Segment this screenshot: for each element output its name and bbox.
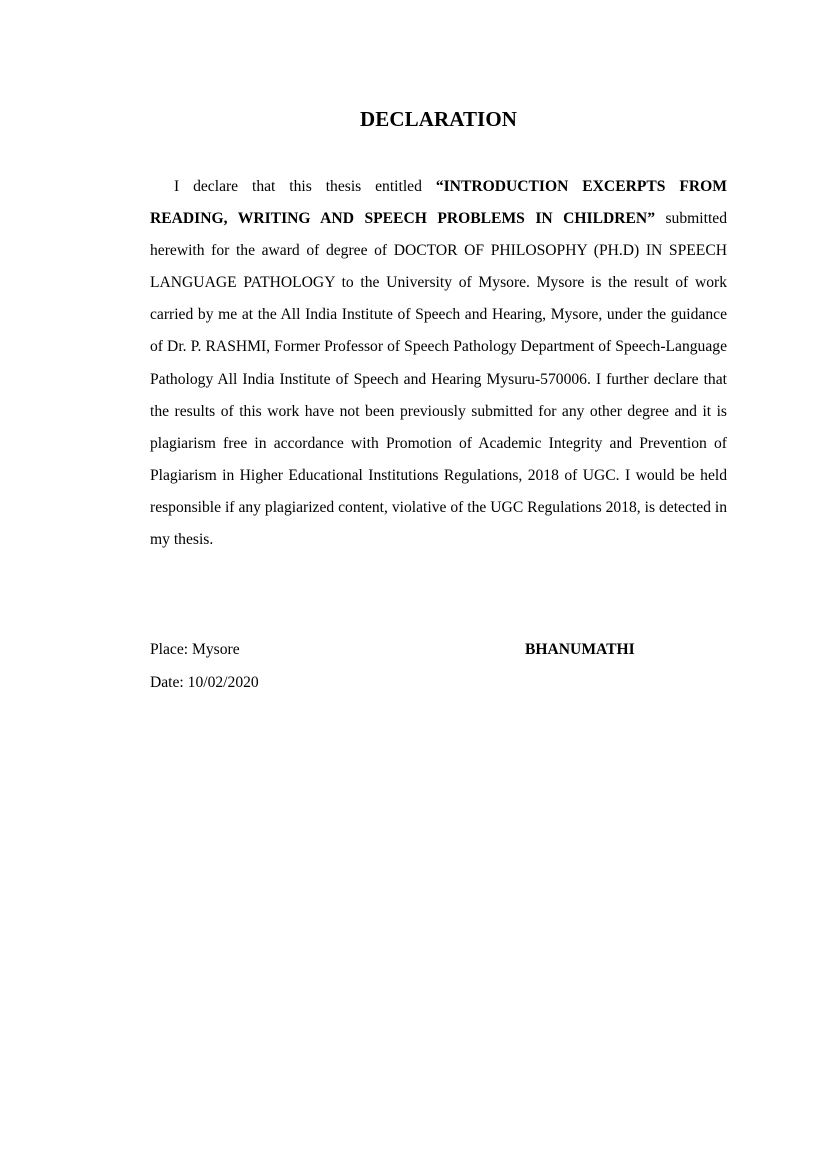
declaration-body: submitted herewith for the award of degr… <box>150 210 727 548</box>
document-page: DECLARATION I declare that this thesis e… <box>0 0 827 1170</box>
declaration-paragraph: I declare that this thesis entitled “INT… <box>150 171 727 556</box>
declaration-intro: I declare that this thesis entitled <box>174 178 436 195</box>
place-line: Place: Mysore <box>150 640 240 660</box>
page-title: DECLARATION <box>0 106 827 132</box>
date-line: Date: 10/02/2020 <box>150 673 259 693</box>
signatory-name: BHANUMATHI <box>525 640 635 660</box>
